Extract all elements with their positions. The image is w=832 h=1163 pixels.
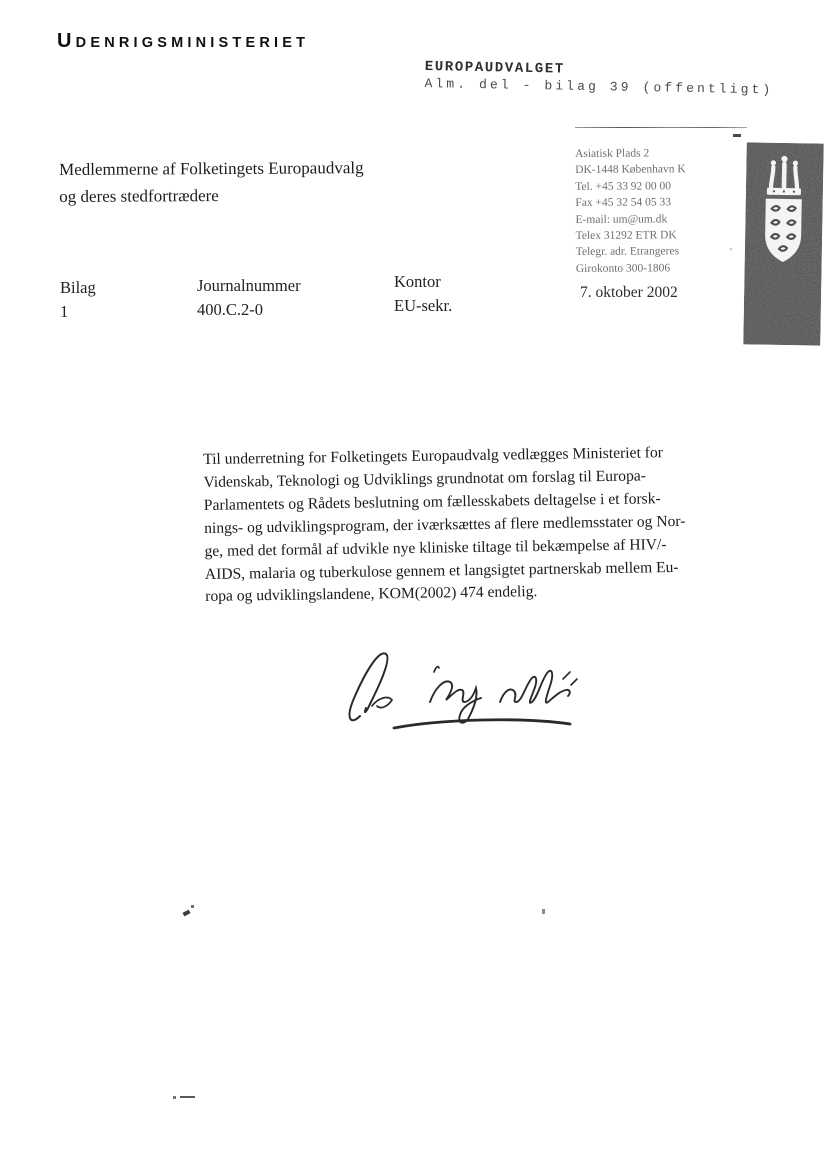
- contact-line-city: DK-1448 København K: [575, 162, 686, 179]
- scan-artifact: [191, 905, 194, 908]
- contact-line-telegr: Telegr. adr. Etrangeres: [576, 244, 687, 261]
- scan-artifact: [180, 1096, 195, 1098]
- recipient-block: Medlemmerne af Folketingets Europaudvalg…: [59, 154, 364, 210]
- contact-line-fax: Fax +45 32 54 05 33: [575, 194, 686, 211]
- contact-divider-line: [575, 127, 747, 128]
- scanned-letter-page: UDENRIGSMINISTERIET EUROPAUDVALGET Alm. …: [0, 0, 832, 1163]
- journal-label: Journalnummer: [197, 274, 301, 298]
- scan-artifact-mark: ’: [729, 246, 733, 258]
- contact-block: Asiatisk Plads 2 DK-1448 København K Tel…: [575, 145, 686, 277]
- contact-line-address: Asiatisk Plads 2: [575, 145, 686, 162]
- royal-crest-image: [743, 142, 824, 345]
- recipient-line-1: Medlemmerne af Folketingets Europaudvalg: [59, 154, 364, 183]
- kontor-value: EU-sekr.: [394, 294, 452, 318]
- bilag-value: 1: [60, 300, 96, 324]
- letter-date: 7. oktober 2002: [580, 284, 678, 302]
- bilag-column: Bilag 1: [60, 276, 96, 324]
- scan-artifact: [733, 134, 741, 137]
- committee-stamp: EUROPAUDVALGET Alm. del - bilag 39 (offe…: [424, 59, 773, 97]
- scan-artifact: [542, 909, 545, 914]
- recipient-line-2: og deres stedfortrædere: [59, 181, 364, 210]
- scan-artifact: [173, 1096, 176, 1099]
- contact-line-giro: Girokonto 300-1806: [576, 260, 687, 277]
- handwritten-signature-icon: [342, 644, 582, 732]
- scan-artifact: [182, 910, 190, 917]
- contact-line-telex: Telex 31292 ETR DK: [576, 227, 687, 244]
- crown-icon: [767, 156, 802, 196]
- contact-line-tel: Tel. +45 33 92 00 00: [575, 178, 686, 195]
- journal-column: Journalnummer 400.C.2-0: [197, 274, 301, 322]
- contact-line-email: E-mail: um@um.dk: [575, 211, 686, 228]
- bilag-label: Bilag: [60, 276, 96, 300]
- kontor-column: Kontor EU-sekr.: [394, 270, 452, 318]
- coat-of-arms-icon: [743, 142, 824, 345]
- ministry-letterhead: UDENRIGSMINISTERIET: [57, 30, 309, 53]
- signature-image: [342, 644, 582, 732]
- kontor-label: Kontor: [394, 270, 452, 294]
- journal-value: 400.C.2-0: [197, 298, 301, 322]
- letter-body-paragraph: Til underretning for Folketingets Europa…: [203, 441, 729, 609]
